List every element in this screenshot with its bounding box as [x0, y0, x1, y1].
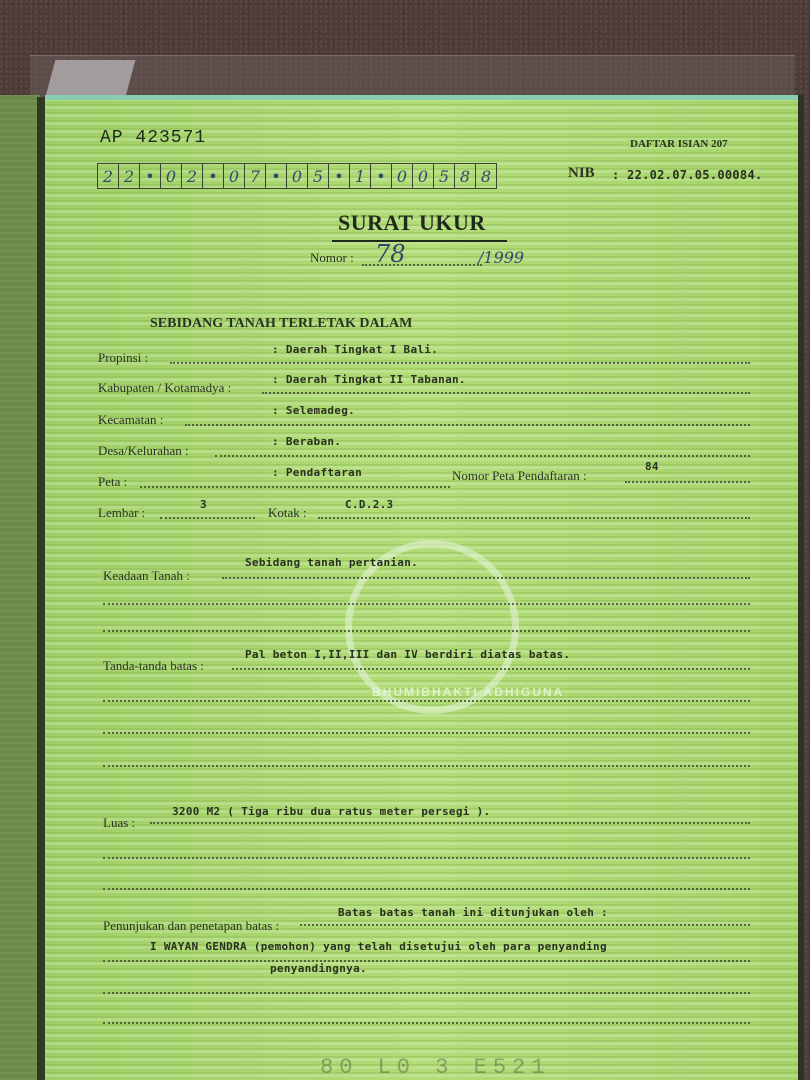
- keadaan-tanah-label: Keadaan Tanah :: [103, 568, 190, 584]
- dotted-line: [318, 517, 750, 519]
- tanda-batas-label: Tanda-tanda batas :: [103, 658, 204, 674]
- dotted-line: [103, 857, 750, 859]
- id-box: 5: [308, 164, 329, 188]
- dotted-line: [103, 992, 750, 994]
- dotted-line: [625, 481, 750, 483]
- dotted-line: [160, 517, 255, 519]
- form-name: DAFTAR ISIAN 207: [630, 138, 728, 150]
- kabupaten-label: Kabupaten / Kotamadya :: [98, 380, 231, 396]
- desa-label: Desa/Kelurahan :: [98, 443, 189, 459]
- penunjukan-label: Penunjukan dan penetapan batas :: [103, 918, 279, 934]
- id-box: 0: [413, 164, 434, 188]
- nomor-year: /1999: [478, 248, 524, 267]
- title-underline: [332, 240, 507, 242]
- dotted-line: [103, 700, 750, 702]
- dotted-line: [103, 888, 750, 890]
- nomor-value: 78: [375, 240, 406, 268]
- id-box: 5: [434, 164, 455, 188]
- stamp-text: BHUMIBHAKTI ADHIGUNA: [372, 685, 564, 699]
- kotak-label: Kotak :: [268, 505, 307, 521]
- lembar-value: 3: [200, 498, 207, 511]
- lembar-label: Lembar :: [98, 505, 145, 521]
- id-box: •: [329, 164, 350, 188]
- id-box: 2: [119, 164, 140, 188]
- dotted-line: [103, 765, 750, 767]
- serial-code: AP 423571: [100, 128, 206, 148]
- kotak-value: C.D.2.3: [345, 498, 393, 511]
- nomor-peta-value: 84: [645, 460, 659, 473]
- nib-label: NIB: [568, 165, 595, 182]
- dotted-line: [222, 577, 750, 579]
- perforated-serial: 80 L0 3 E521: [320, 1055, 550, 1080]
- book-cover-left: [0, 95, 40, 1080]
- penunjukan-line-2: I WAYAN GENDRA (pemohon) yang telah dise…: [150, 940, 607, 953]
- peta-label: Peta :: [98, 474, 127, 490]
- dotted-line: [300, 924, 750, 926]
- id-box: 2: [182, 164, 203, 188]
- id-box: •: [266, 164, 287, 188]
- peta-value: : Pendaftaran: [272, 466, 362, 479]
- dotted-line: [215, 455, 750, 457]
- dotted-line: [103, 960, 750, 962]
- desa-value: : Beraban.: [272, 435, 341, 448]
- id-box: •: [203, 164, 224, 188]
- id-box: 8: [476, 164, 496, 188]
- kecamatan-label: Kecamatan :: [98, 412, 163, 428]
- kabupaten-value: : Daerah Tingkat II Tabanan.: [272, 373, 466, 386]
- kecamatan-value: : Selemadeg.: [272, 404, 355, 417]
- id-box: 0: [392, 164, 413, 188]
- tanda-batas-value: Pal beton I,II,III dan IV berdiri diatas…: [245, 648, 570, 661]
- dotted-line: [232, 668, 750, 670]
- nomor-label: Nomor :: [310, 250, 354, 266]
- dotted-line: [140, 486, 450, 488]
- luas-label: Luas :: [103, 815, 135, 831]
- nomor-peta-label: Nomor Peta Pendaftaran :: [452, 468, 587, 484]
- id-number-boxes: 2 2 • 0 2 • 0 7 • 0 5 • 1 • 0 0 5 8 8: [97, 163, 497, 189]
- id-box: 1: [350, 164, 371, 188]
- penunjukan-line-3: penyandingnya.: [270, 962, 367, 975]
- id-box: 0: [224, 164, 245, 188]
- dotted-line: [262, 392, 750, 394]
- dotted-line: [170, 362, 750, 364]
- dotted-line: [103, 630, 750, 632]
- dotted-line: [103, 603, 750, 605]
- id-box: 8: [455, 164, 476, 188]
- dotted-line: [185, 424, 750, 426]
- penunjukan-line-1: Batas batas tanah ini ditunjukan oleh :: [338, 906, 608, 919]
- document-title: SURAT UKUR: [338, 210, 486, 236]
- id-box: 0: [161, 164, 182, 188]
- id-box: 0: [287, 164, 308, 188]
- dotted-line: [150, 822, 750, 824]
- id-box: •: [140, 164, 161, 188]
- section-heading: SEBIDANG TANAH TERLETAK DALAM: [150, 316, 412, 332]
- nib-value: : 22.02.07.05.00084.: [612, 168, 763, 182]
- id-box: •: [371, 164, 392, 188]
- page-edge: [798, 95, 804, 1080]
- id-box: 7: [245, 164, 266, 188]
- dotted-line: [103, 732, 750, 734]
- tape-piece: [45, 60, 136, 100]
- id-box: 2: [98, 164, 119, 188]
- luas-value: 3200 M2 ( Tiga ribu dua ratus meter pers…: [172, 805, 490, 818]
- book-spine: [37, 97, 45, 1080]
- keadaan-tanah-value: Sebidang tanah pertanian.: [245, 556, 418, 569]
- propinsi-label: Propinsi :: [98, 350, 148, 366]
- dotted-line: [103, 1022, 750, 1024]
- propinsi-value: : Daerah Tingkat I Bali.: [272, 343, 438, 356]
